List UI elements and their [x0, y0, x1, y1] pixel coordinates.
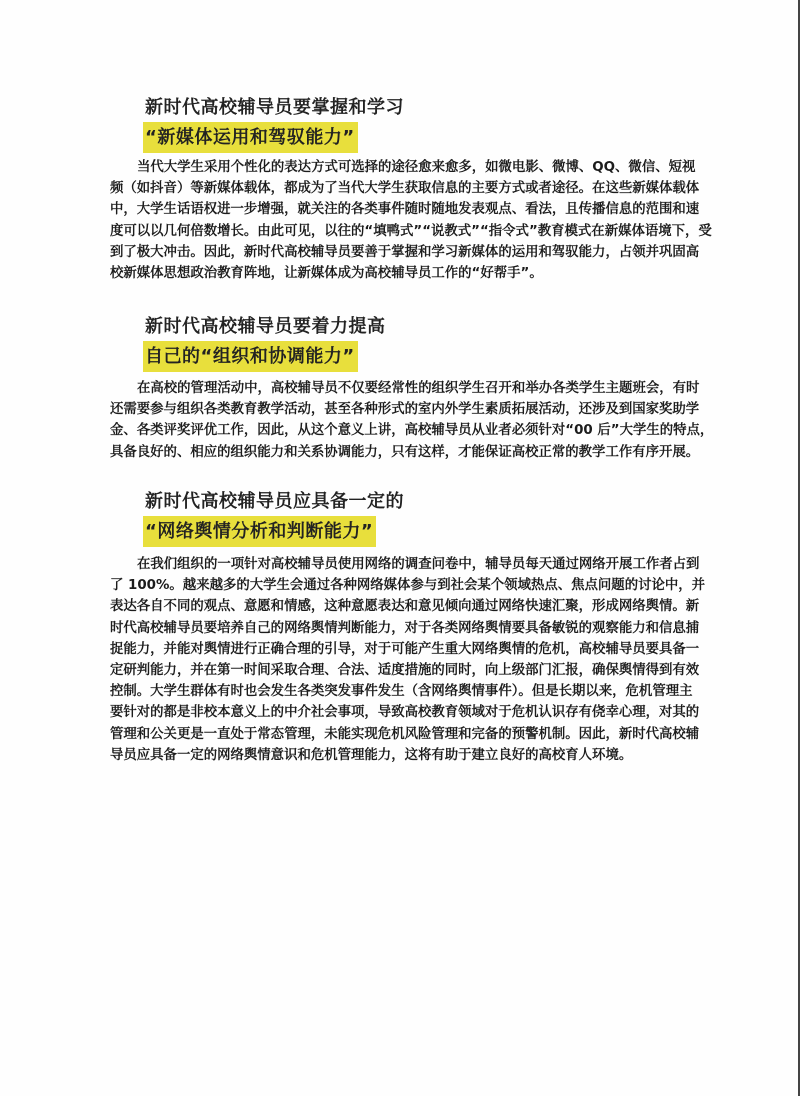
paragraph-line: 频（如抖音）等新媒体载体，都成为了当代大学生获取信息的主要方式或者途径。在这些新…: [110, 178, 692, 199]
paragraph-line: 度可以以几何倍数增长。由此可见，以往的“填鸭式”“说教式”“指令式”教育模式在新…: [110, 221, 692, 242]
paragraph-line: 捉能力，并能对舆情进行正确合理的引导，对于可能产生重大网络舆情的危机，高校辅导员…: [110, 639, 692, 660]
paragraph-line: 金、各类评奖评优工作，因此，从这个意义上讲，高校辅导员从业者必须针对“00 后”…: [110, 420, 692, 441]
section-heading: 新时代高校辅导员应具备一定的: [145, 487, 404, 513]
paragraph-line: 要针对的都是非校本意义上的中介社会事项，导致高校教育领域对于危机认识存有侥幸心理…: [110, 702, 692, 723]
paragraph-line: 当代大学生采用个性化的表达方式可选择的途径愈来愈多，如微电影、微博、QQ、微信、…: [110, 157, 692, 178]
section-heading: 新时代高校辅导员要掌握和学习: [145, 93, 404, 119]
paragraph-line: 在我们组织的一项针对高校辅导员使用网络的调查问卷中，辅导员每天通过网络开展工作者…: [110, 554, 692, 575]
paragraph-line: 校新媒体思想政治教育阵地，让新媒体成为高校辅导员工作的“好帮手”。: [110, 263, 692, 284]
paragraph-line: 管理和公关更是一直处于常态管理，未能实现危机风险管理和完备的预警机制。因此，新时…: [110, 724, 692, 745]
paragraph-line: 定研判能力，并在第一时间采取合理、合法、适度措施的同时，向上级部门汇报，确保舆情…: [110, 660, 692, 681]
document-page: 新时代高校辅导员要掌握和学习 “新媒体运用和驾驭能力” 当代大学生采用个性化的表…: [0, 0, 800, 1096]
paragraph-line: 中，大学生话语权进一步增强，就关注的各类事件随时随地发表观点、看法，且传播信息的…: [110, 199, 692, 220]
paragraph-line: 时代高校辅导员要培养自己的网络舆情判断能力，对于各类网络舆情要具备敏锐的观察能力…: [110, 618, 692, 639]
section-heading: 新时代高校辅导员要着力提高: [145, 312, 386, 338]
highlighted-subheading: “新媒体运用和驾驭能力”: [143, 122, 358, 153]
section-paragraph: 当代大学生采用个性化的表达方式可选择的途径愈来愈多，如微电影、微博、QQ、微信、…: [110, 157, 692, 284]
highlighted-subheading: 自己的“组织和协调能力”: [143, 341, 358, 372]
highlighted-subheading: “网络舆情分析和判断能力”: [143, 516, 376, 547]
paragraph-line: 了 100%。越来越多的大学生会通过各种网络媒体参与到社会某个领域热点、焦点问题…: [110, 575, 692, 596]
paragraph-line: 还需要参与组织各类教育教学活动，甚至各种形式的室内外学生素质拓展活动，还涉及到国…: [110, 399, 692, 420]
section-paragraph: 在我们组织的一项针对高校辅导员使用网络的调查问卷中，辅导员每天通过网络开展工作者…: [110, 554, 692, 766]
paragraph-line: 控制。大学生群体有时也会发生各类突发事件发生（含网络舆情事件）。但是长期以来，危…: [110, 681, 692, 702]
section-paragraph: 在高校的管理活动中，高校辅导员不仅要经常性的组织学生召开和举办各类学生主题班会，…: [110, 378, 692, 463]
paragraph-line: 具备良好的、相应的组织能力和关系协调能力，只有这样，才能保证高校正常的教学工作有…: [110, 442, 692, 463]
paragraph-line: 表达各自不同的观点、意愿和情感，这种意愿表达和意见倾向通过网络快速汇聚，形成网络…: [110, 596, 692, 617]
paragraph-line: 在高校的管理活动中，高校辅导员不仅要经常性的组织学生召开和举办各类学生主题班会，…: [110, 378, 692, 399]
paragraph-line: 导员应具备一定的网络舆情意识和危机管理能力，这将有助于建立良好的高校育人环境。: [110, 745, 692, 766]
paragraph-line: 到了极大冲击。因此，新时代高校辅导员要善于掌握和学习新媒体的运用和驾驭能力，占领…: [110, 242, 692, 263]
